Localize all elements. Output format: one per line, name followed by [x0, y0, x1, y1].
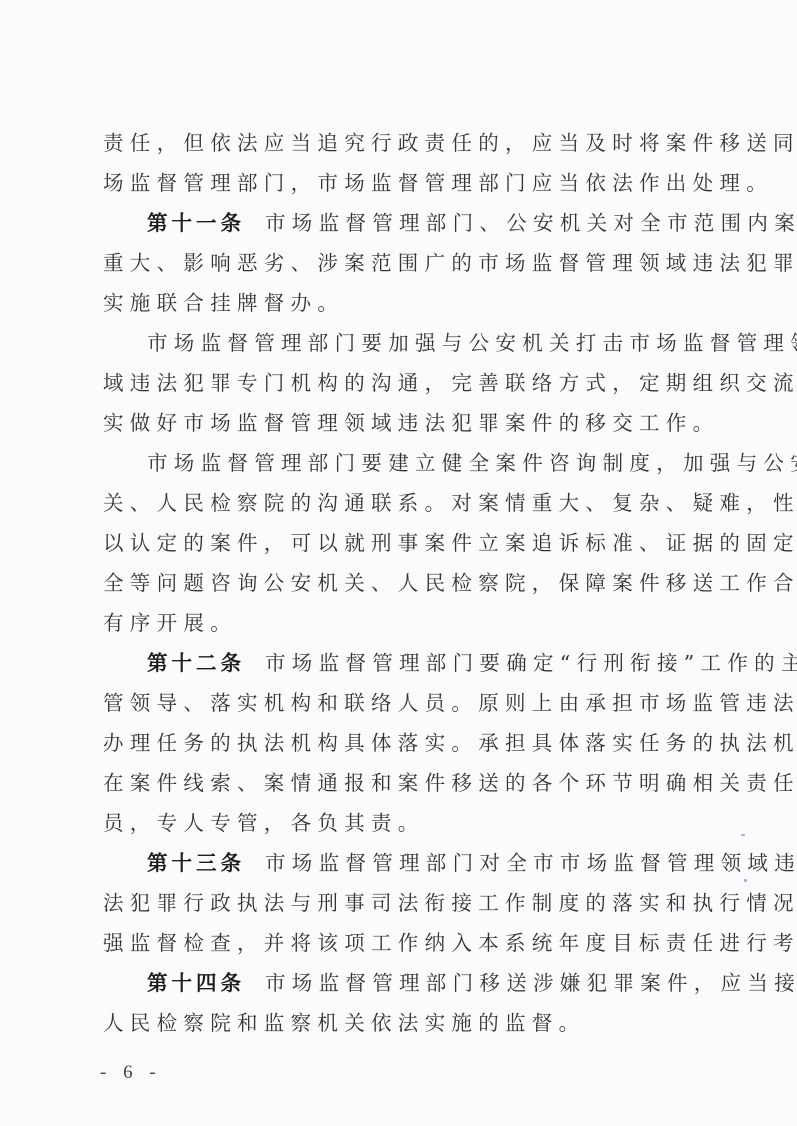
paragraph-line: 实施联合挂牌督办。: [103, 286, 703, 326]
paragraph-line: 法犯罪行政执法与刑事司法衔接工作制度的落实和执行情况加: [103, 886, 703, 926]
paragraph-line: 办理任务的执法机构具体落实。承担具体落实任务的执法机构要: [103, 726, 703, 766]
paragraph-line: 市场监督管理部门要加强与公安机关打击市场监督管理领: [103, 326, 703, 366]
article-number: 第十三条: [147, 851, 245, 875]
paragraph-line: 责任，但依法应当追究行政责任的，应当及时将案件移送同级市: [103, 126, 703, 166]
paragraph-line: 以认定的案件，可以就刑事案件立案追诉标准、证据的固定和保: [103, 526, 703, 566]
scan-speck: [741, 348, 745, 350]
paragraph-text: 市场监督管理部门要确定“行刑衔接”工作的主: [265, 651, 797, 675]
paragraph-line: 强监督检查，并将该项工作纳入本系统年度目标责任进行考核。: [103, 926, 703, 966]
article-number: 第十二条: [147, 651, 245, 675]
paragraph-text: 市场监督管理部门对全市市场监督管理领域违: [265, 851, 797, 875]
scan-speck: [741, 834, 745, 836]
page-number: - 6 -: [100, 1062, 162, 1084]
paragraph-line: 员，专人专管，各负其责。: [103, 806, 703, 846]
paragraph-line: 重大、影响恶劣、涉案范围广的市场监督管理领域违法犯罪案件: [103, 246, 703, 286]
paragraph-line: 有序开展。: [103, 606, 703, 646]
paragraph-line: 市场监督管理部门要建立健全案件咨询制度，加强与公安机: [103, 446, 703, 486]
scan-speck: [744, 879, 747, 882]
article-number: 第十四条: [147, 971, 245, 995]
document-body: 责任，但依法应当追究行政责任的，应当及时将案件移送同级市 场监督管理部门，市场监…: [103, 126, 703, 1046]
paragraph-line: 在案件线索、案情通报和案件移送的各个环节明确相关责任人: [103, 766, 703, 806]
paragraph-line: 全等问题咨询公安机关、人民检察院，保障案件移送工作合法、: [103, 566, 703, 606]
document-page: 责任，但依法应当追究行政责任的，应当及时将案件移送同级市 场监督管理部门，市场监…: [0, 0, 797, 1126]
paragraph-line: 域违法犯罪专门机构的沟通，完善联络方式，定期组织交流，切: [103, 366, 703, 406]
paragraph-line: 实做好市场监督管理领域违法犯罪案件的移交工作。: [103, 406, 703, 446]
paragraph-line: 场监督管理部门，市场监督管理部门应当依法作出处理。: [103, 166, 703, 206]
article-number: 第十一条: [147, 211, 245, 235]
article-12-first-line: 第十二条市场监督管理部门要确定“行刑衔接”工作的主: [103, 646, 703, 686]
paragraph-line: 人民检察院和监察机关依法实施的监督。: [103, 1006, 703, 1046]
article-13-first-line: 第十三条市场监督管理部门对全市市场监督管理领域违: [103, 846, 703, 886]
paragraph-text: 市场监督管理部门、公安机关对全市范围内案情: [265, 211, 797, 235]
paragraph-line: 管领导、落实机构和联络人员。原则上由承担市场监管违法案件: [103, 686, 703, 726]
article-14-first-line: 第十四条市场监督管理部门移送涉嫌犯罪案件，应当接受: [103, 966, 703, 1006]
paragraph-line: 关、人民检察院的沟通联系。对案情重大、复杂、疑难，性质难: [103, 486, 703, 526]
paragraph-text: 市场监督管理部门移送涉嫌犯罪案件，应当接受: [265, 971, 797, 995]
article-11-first-line: 第十一条市场监督管理部门、公安机关对全市范围内案情: [103, 206, 703, 246]
